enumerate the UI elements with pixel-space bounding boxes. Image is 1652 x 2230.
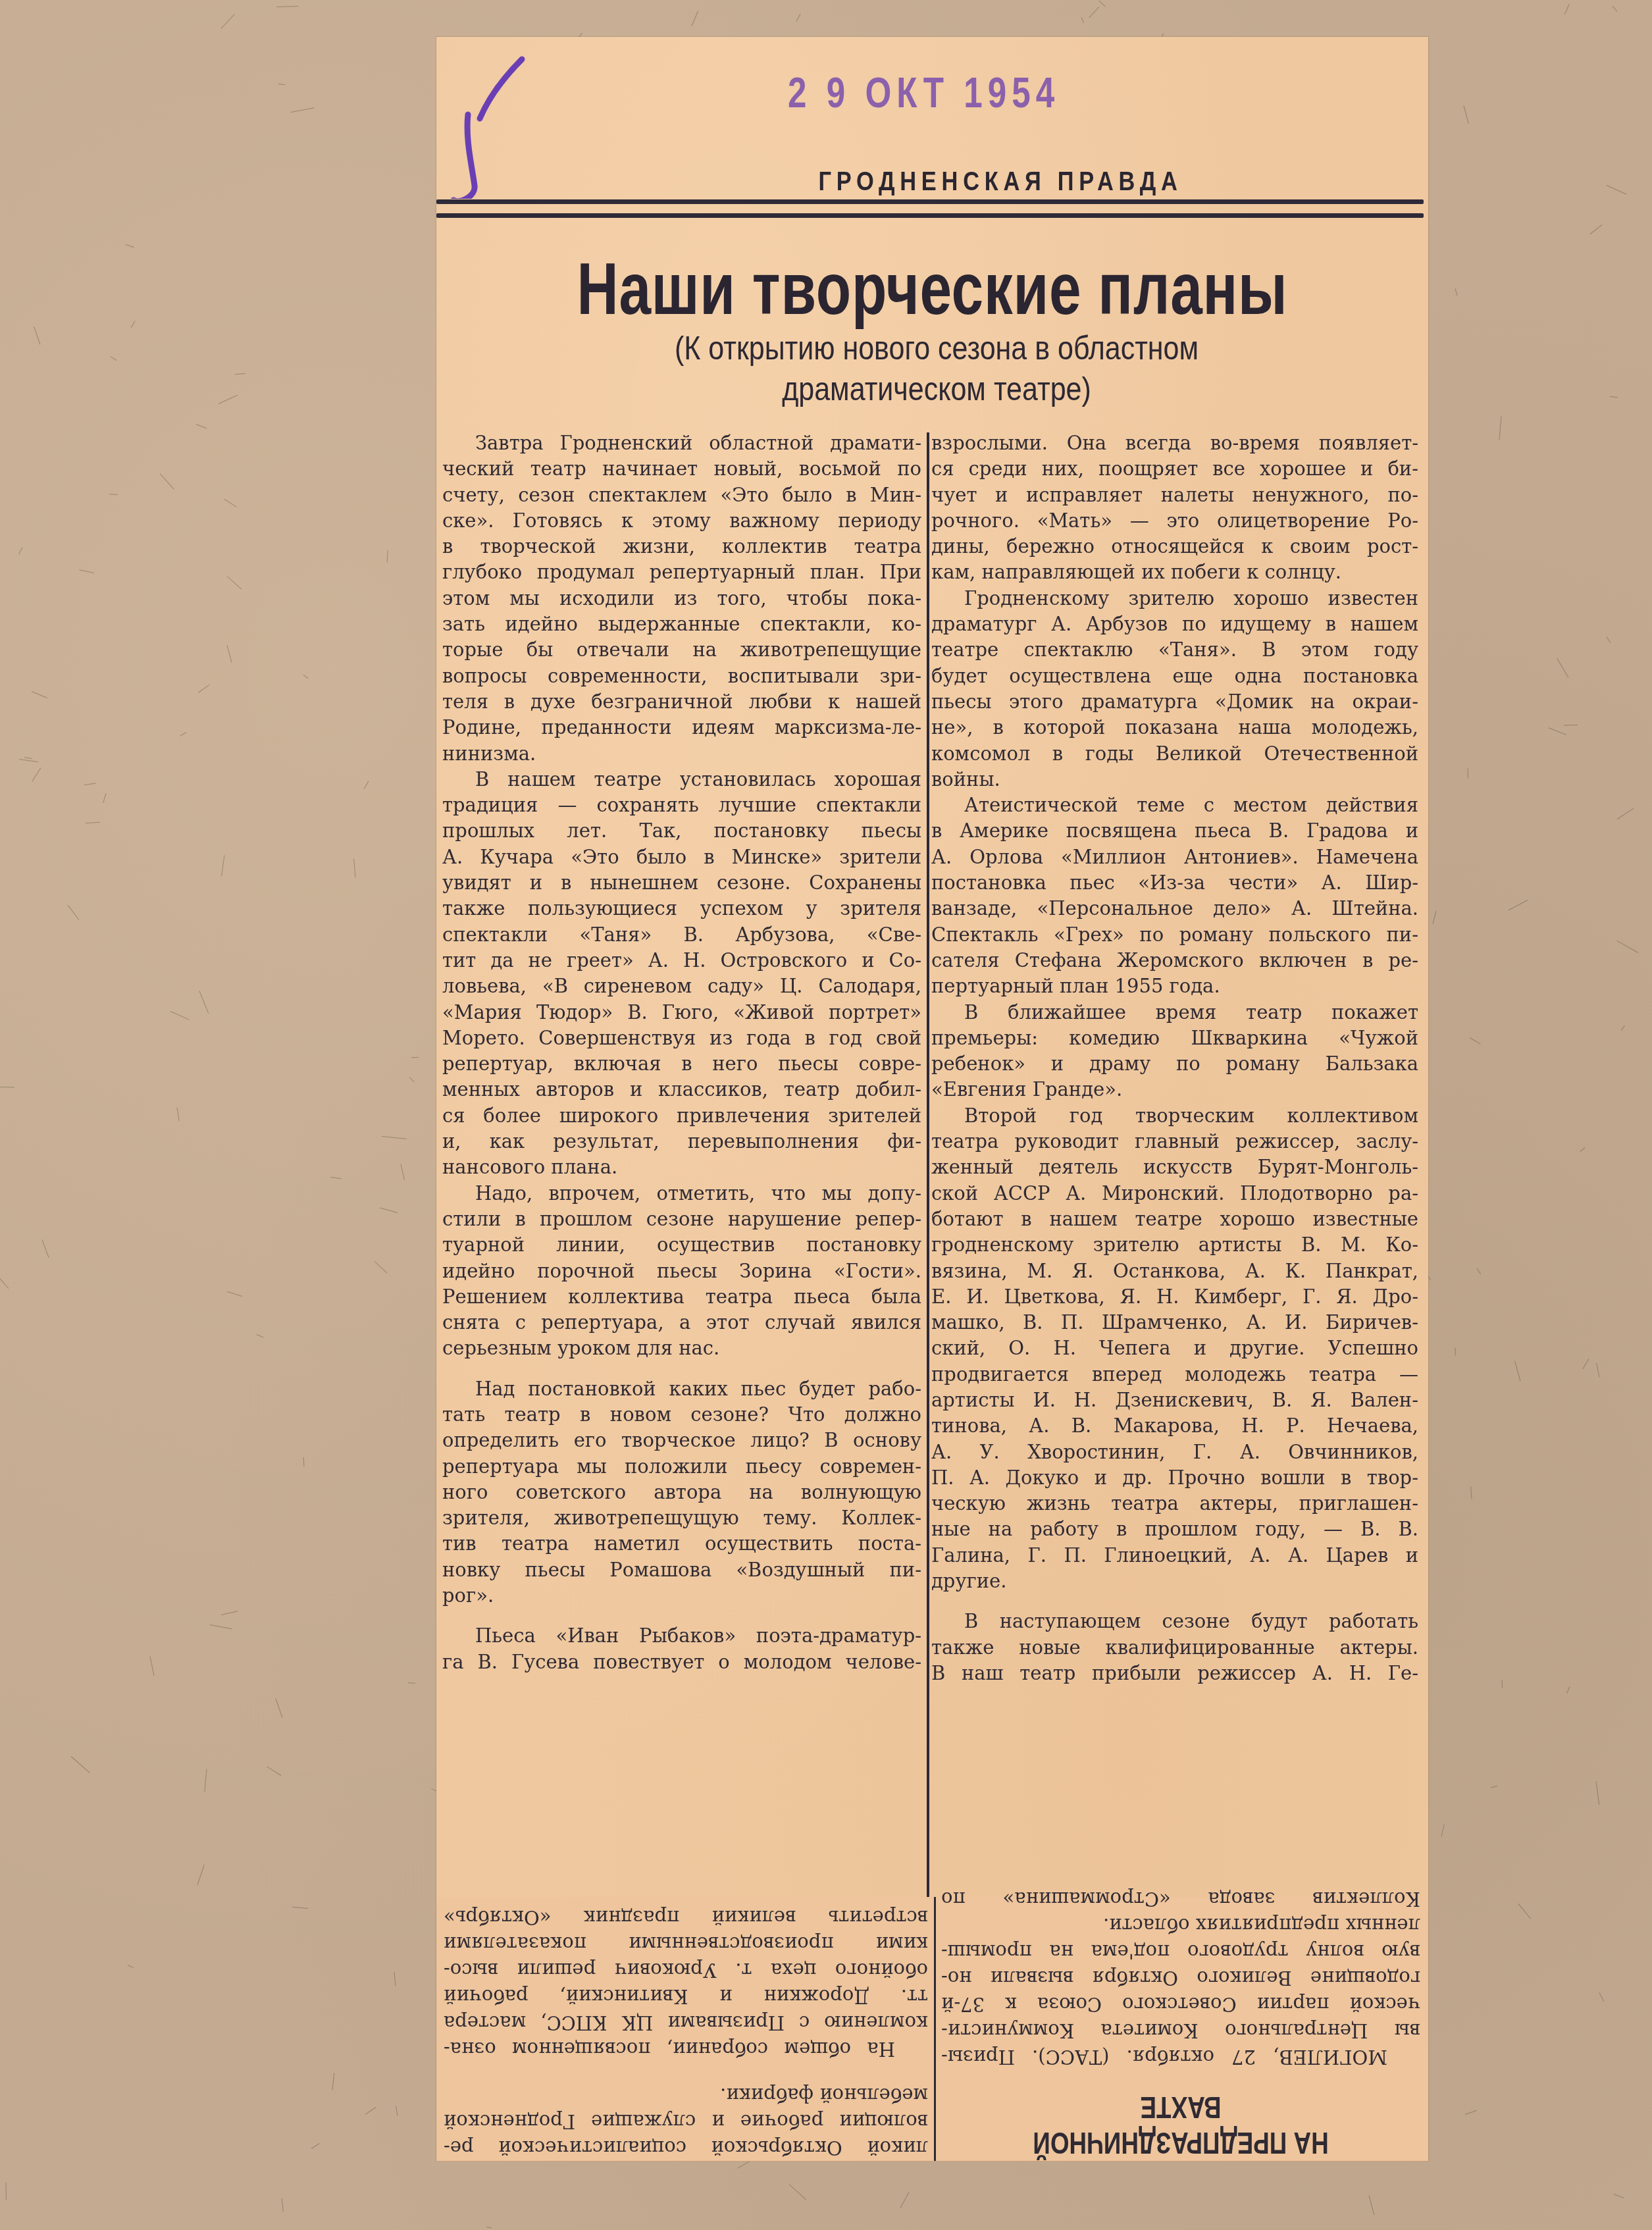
fiber: [221, 1611, 238, 1615]
fiber: [303, 1457, 304, 1466]
text-line: также пользующиеся успехом у зрителя: [442, 896, 921, 921]
fiber: [412, 1057, 419, 1058]
fiber: [291, 107, 315, 113]
text-line: туарной линии, осуществив постановку: [442, 1232, 921, 1258]
fiber: [1433, 912, 1437, 924]
text-line: репертуар, включая в него пьесы совре-: [442, 1051, 921, 1077]
fiber: [311, 2143, 319, 2149]
fiber: [374, 1261, 388, 1274]
text-line: торые бы отвечали на животрепещущие: [442, 637, 921, 663]
text-line: ся более широкого привлечения зрителей: [442, 1103, 921, 1129]
text-line: А. Кучара «Это было в Минске» зрители: [442, 844, 921, 870]
text-line: будет осуществлена еще одна постановка: [931, 663, 1418, 689]
text-line: постановка пьес «Из-за чести» А. Шир-: [931, 870, 1418, 896]
fiber: [224, 500, 237, 507]
fiber: [330, 1177, 342, 1179]
fiber: [103, 793, 106, 803]
text-line: волюции рабочие и служащие Гродненской: [444, 2108, 928, 2135]
fiber: [1549, 728, 1566, 736]
text-line: в творческой жизни, коллектив театра: [442, 534, 921, 559]
fiber: [1564, 5, 1570, 15]
text-line: тинова, А. В. Макарова, Н. Р. Нечаева,: [931, 1413, 1418, 1439]
text-line: НА ПРЕДПРАЗДНИЧНОЙ: [989, 2125, 1372, 2161]
text-line: ребенок» и драму по роману Бальзака: [931, 1051, 1418, 1077]
fiber: [79, 569, 94, 573]
fiber: [111, 356, 117, 361]
text-line: ской АССР А. Миронский. Плодотворно ра-: [931, 1181, 1418, 1206]
text-line: ванзаде, «Персональное дело» А. Штейна.: [931, 896, 1418, 921]
text-line: увидят и в нынешнем сезоне. Сохранены: [442, 870, 921, 896]
fiber: [303, 675, 308, 679]
fiber: [1582, 1359, 1589, 1369]
text-line: и, как результат, перевыполнения фи-: [442, 1129, 921, 1154]
text-line: кам, направляющей их побеги к солнцу.: [931, 559, 1418, 585]
fiber: [159, 473, 174, 490]
text-line: В ближайшее время театр покажет: [931, 1000, 1418, 1025]
fiber: [1470, 1486, 1472, 1499]
fiber: [1470, 1037, 1481, 1044]
text-line: вопросы современности, воспитывали зри-: [442, 663, 921, 689]
fiber: [1089, 7, 1099, 18]
fiber: [1455, 1347, 1456, 1355]
date-stamp: 2 9 ОКТ 1954: [788, 68, 1060, 117]
text-line: ческую жизнь театра актеры, приглашен-: [931, 1491, 1418, 1517]
fiber: [1514, 1361, 1520, 1382]
text-line: театра руководит главный режиссер, заслу…: [931, 1129, 1418, 1154]
text-line: В наступающем сезоне будут работать: [931, 1609, 1418, 1634]
fiber: [18, 547, 22, 554]
text-line: зрителя, животрепещущую тему. Коллек-: [442, 1505, 921, 1531]
text-line: этом мы исходили из того, чтобы пока-: [442, 586, 921, 611]
fiber: [353, 859, 355, 878]
fiber: [150, 1657, 155, 1676]
text-line: спектакли «Таня» В. Арбузова, «Све-: [442, 922, 921, 948]
text-line: комсомол в годы Великой Отечественной: [931, 741, 1418, 767]
text-line: встретить великий праздник «Октябрь»: [444, 1904, 928, 1931]
fiber: [1580, 1147, 1586, 1152]
text-line: нинизма.: [442, 741, 921, 767]
text-line: Спектакль «Грех» по роману польского пи-: [931, 922, 1418, 948]
subtitle-line: (К открытию нового сезона в областном: [586, 328, 1287, 369]
fiber: [1441, 1824, 1444, 1836]
text-line: тив театра наметил осуществить поста-: [442, 1531, 921, 1557]
text-line: га В. Гусева повествует о молодом челове…: [442, 1649, 921, 1675]
text-line: машко, В. П. Шрамченко, А. И. Биричев-: [931, 1310, 1418, 1335]
text-line: ский, О. Н. Чепега и другие. Успешно: [931, 1335, 1418, 1361]
text-line: На общем собрании, посвященном озна-: [444, 2036, 928, 2062]
text-line: теля в духе безграничной любви к нашей: [442, 689, 921, 715]
text-line: Гродненскому зрителю хорошо известен: [931, 586, 1418, 611]
text-line: также новые квалифицированные актеры.: [931, 1635, 1418, 1661]
fiber: [0, 1087, 14, 1088]
fiber: [126, 244, 134, 247]
fiber: [1617, 808, 1634, 819]
fiber: [127, 1965, 134, 1968]
fiber: [1566, 1686, 1570, 1693]
text-line: МОГИЛЕВ, 27 октября. (ТАСС). Призы-: [941, 2044, 1420, 2070]
fiber: [176, 1107, 179, 1120]
text-line: не», в которой показана наша молодежь,: [931, 715, 1418, 740]
fiber: [180, 732, 186, 737]
fiber: [1557, 658, 1568, 677]
text-line: Завтра Гродненский областной драмати-: [442, 430, 921, 456]
flipped-column-left: НА ПРЕДПРАЗДНИЧНОЙВАХТЕМОГИЛЕВ, 27 октяб…: [941, 1886, 1420, 2161]
fiber: [227, 1291, 242, 1297]
text-line: ботают в нашем театре хорошо известные: [931, 1206, 1418, 1232]
fiber: [1595, 1781, 1599, 1805]
fiber: [396, 2106, 398, 2116]
fiber: [1499, 417, 1502, 440]
article-subtitle: (К открытию нового сезона в областном др…: [586, 328, 1287, 409]
fiber: [1455, 288, 1457, 296]
text-line: ческий театр начинает новый, восьмой по: [442, 456, 921, 482]
text-line: Атеистической теме с местом действия: [931, 792, 1418, 818]
text-line: вы Центрального Комитета Коммунисти-: [941, 2017, 1420, 2044]
text-line: ческой партии Советского Союза к 37-й: [941, 1991, 1420, 2017]
fiber: [86, 822, 100, 823]
fiber: [1098, 0, 1106, 7]
fiber: [34, 326, 40, 345]
text-line: В нашем театре установилась хорошая: [442, 767, 921, 792]
fiber: [486, 2227, 492, 2228]
fiber: [276, 6, 298, 7]
fiber: [204, 1769, 207, 1792]
text-line: драматург А. Арбузов по идущему в нашем: [931, 611, 1418, 637]
text-line: Родине, преданности идеям марксизма-ле-: [442, 715, 921, 740]
fiber: [197, 1865, 204, 1885]
text-line: репертуара мы положили пьесу современ-: [442, 1454, 921, 1480]
fiber: [1518, 1904, 1532, 1919]
fiber: [6, 2182, 7, 2200]
text-line: обойного цеха т. Урюкович решили высо-: [444, 1957, 928, 1983]
fiber: [218, 395, 237, 404]
text-line: ные на работу в прошлом году, — В. В.: [931, 1517, 1418, 1542]
fiber: [293, 1907, 309, 1909]
text-line: театре спектаклю «Таня». В этом году: [931, 637, 1418, 663]
fiber: [234, 373, 245, 375]
fiber: [789, 2184, 807, 2200]
fiber: [32, 767, 41, 782]
text-line: Надо, впрочем, отметить, что мы допу-: [442, 1181, 921, 1206]
fiber: [380, 1207, 398, 1213]
text-line: идейно порочной пьесы Зорина «Гости».: [442, 1258, 921, 1284]
text-line: П. А. Докуко и др. Прочно вошли в твор-: [931, 1465, 1418, 1491]
fiber: [131, 321, 136, 328]
fiber: [221, 855, 224, 876]
fiber: [210, 1624, 232, 1629]
text-line: мебельной фабрики.: [444, 2082, 928, 2108]
subtitle-line: драматическом театре): [586, 369, 1287, 409]
fiber: [796, 13, 801, 21]
text-line: нансового плана.: [442, 1154, 921, 1180]
text-line: В наш театр прибыли режиссер А. Н. Ге-: [931, 1661, 1418, 1686]
fiber: [281, 2198, 283, 2212]
text-line: кими производственными показателями: [444, 1931, 928, 1957]
text-line: продвигается вперед молодежь театра —: [931, 1362, 1418, 1387]
text-line: дины, бережно относящейся к своим рост-: [931, 534, 1418, 559]
fiber: [226, 645, 232, 663]
text-line: чует и исправляет налеты ненужного, по-: [931, 482, 1418, 508]
fiber: [109, 494, 118, 496]
fiber: [24, 757, 32, 759]
text-line: глубоко продумал репертуарный план. При: [442, 559, 921, 585]
fiber: [364, 781, 369, 790]
text-line: рог».: [442, 1583, 921, 1609]
text-line: гродненскому зрителю артисты В. М. Ко-: [931, 1232, 1418, 1258]
text-line: рочного. «Мать» — это олицетворение Ро-: [931, 508, 1418, 534]
text-line: счету, сезон спектаклем «Это было в Мин-: [442, 482, 921, 508]
masthead-rule-top: [436, 199, 1424, 204]
fiber: [257, 1334, 264, 1337]
fiber: [1606, 637, 1611, 644]
fiber: [41, 1239, 49, 1258]
fiber: [409, 1077, 415, 1082]
text-line: ВАХТЕ: [989, 2090, 1372, 2125]
text-line: Е. И. Цветкова, Я. Н. Кимберг, Г. Я. Дро…: [931, 1284, 1418, 1310]
text-line: другие.: [931, 1569, 1418, 1594]
fiber: [0, 1272, 9, 1288]
fiber: [220, 14, 234, 29]
fiber: [1599, 1992, 1605, 2002]
fiber: [198, 685, 210, 693]
fiber: [1620, 1026, 1624, 1031]
fiber: [1477, 1268, 1481, 1274]
fiber: [1509, 900, 1528, 910]
text-line: ного советского автора на волнующую: [442, 1480, 921, 1505]
fiber: [195, 424, 207, 428]
newspaper-clipping: 2 9 ОКТ 1954 ГРОДНЕНСКАЯ ПРАВДА Наши тво…: [436, 37, 1428, 2161]
article-headline: Наши творческие планы: [546, 246, 1319, 331]
text-line: зать идейно выдержанные спектакли, ко-: [442, 611, 921, 637]
flipped-column-right: ликой Октябрьской социалистической ре-во…: [444, 1904, 928, 2161]
fiber: [170, 1011, 189, 1020]
fiber: [900, 2192, 910, 2208]
text-line: ске». Готовясь к этому важному периоду: [442, 508, 921, 534]
fiber: [387, 550, 388, 562]
text-line: взрослыми. Она всегда во-время появляет-: [931, 430, 1418, 456]
fiber: [1596, 1363, 1599, 1378]
pen-mark-icon: [448, 54, 540, 199]
fiber: [1564, 725, 1578, 726]
text-line: традиция — сохранять лучшие спектакли: [442, 792, 921, 818]
text-line: премьеры: комедию Шкваркина «Чужой: [931, 1025, 1418, 1051]
fiber: [67, 904, 79, 920]
text-line: А. Орлова «Миллион Антониев». Намечена: [931, 844, 1418, 870]
fiber: [1607, 185, 1626, 195]
text-line: Второй год творческим коллективом: [931, 1103, 1418, 1129]
fiber: [1610, 396, 1618, 398]
text-line: в Америке посвящена пьеса В. Градова и: [931, 818, 1418, 844]
fiber: [278, 84, 285, 85]
newspaper-masthead: ГРОДНЕНСКАЯ ПРАВДА: [785, 167, 1216, 197]
fiber: [1502, 1680, 1503, 1688]
text-line: тать театр в новом сезоне? Что должно: [442, 1402, 921, 1428]
fiber: [1491, 1786, 1497, 1788]
fiber: [1614, 2194, 1624, 2198]
fiber: [394, 1972, 396, 1986]
text-line: тт. Дорожкин и Квитинский, рабочий: [444, 1983, 928, 2010]
text-line: артисты И. Н. Дзенискевич, В. Я. Вален-: [931, 1387, 1418, 1413]
article-column-right: взрослыми. Она всегда во-время появляет-…: [931, 430, 1418, 1686]
text-line: Пьеса «Иван Рыбаков» поэта-драматур-: [442, 1623, 921, 1649]
text-line: Над постановкой каких пьес будет рабо-: [442, 1376, 921, 1402]
text-line: определить его творческое лицо? В основу: [442, 1428, 921, 1453]
text-line: «Евгения Гранде».: [931, 1077, 1418, 1102]
fiber: [1369, 2196, 1375, 2216]
upside-down-clipping-piece: НА ПРЕДПРАЗДНИЧНОЙВАХТЕМОГИЛЕВ, 27 октяб…: [436, 1897, 1428, 2162]
text-line: годовщине Великого Октября вызвали но-: [941, 1965, 1420, 1991]
article-column-left: Завтра Гродненский областной драмати-чес…: [442, 430, 921, 1675]
text-line: менных авторов и классиков, театр добил-: [442, 1077, 921, 1102]
text-line: пьесы этого драматурга «Домик на окраи-: [931, 689, 1418, 715]
text-line: прошлых лет. Так, постановку пьесы: [442, 818, 921, 844]
flipped-column-divider: [934, 1897, 936, 2161]
text-line: ликой Октябрьской социалистической ре-: [444, 2135, 928, 2161]
masthead-rule-bottom: [436, 213, 1424, 218]
fiber: [1465, 2110, 1478, 2114]
text-line: ленных предприятиях области.: [941, 1912, 1420, 1938]
text-line: ся среди них, поощряет все хорошее и би-: [931, 456, 1418, 482]
fiber: [227, 576, 242, 589]
text-line: Коллектив завода «Строммашина» по: [941, 1886, 1420, 1912]
fiber: [332, 2073, 334, 2090]
fiber: [1467, 769, 1468, 779]
fiber: [1081, 17, 1083, 22]
fiber: [401, 1164, 405, 1181]
fiber: [19, 759, 38, 762]
text-line: новку пьесы Ромашова «Воздушный пи-: [442, 1557, 921, 1583]
fiber: [1589, 225, 1601, 235]
fiber: [1613, 6, 1618, 12]
fiber: [1617, 941, 1638, 953]
text-line: тит да не греет» А. Н. Островского и Со-: [442, 948, 921, 973]
fiber: [365, 2107, 376, 2114]
text-line: А. У. Хворостинин, Г. А. Овчинников,: [931, 1439, 1418, 1465]
text-line: снята с репертуара, а этот случай явился: [442, 1310, 921, 1335]
fiber: [84, 783, 96, 785]
text-line: стили в прошлом сезоне нарушение репер-: [442, 1206, 921, 1232]
fiber: [32, 691, 48, 698]
text-line: Галина, Г. П. Глиноецкий, А. А. Царев и: [931, 1543, 1418, 1569]
text-line: пертуарный план 1955 года.: [931, 973, 1418, 999]
fiber: [71, 1756, 90, 1773]
text-line: женный деятель искусств Бурят-Монголь-: [931, 1154, 1418, 1180]
fiber: [691, 11, 698, 26]
text-line: Морето. Совершенствуя из года в год свой: [442, 1025, 921, 1051]
text-line: сателя Стефана Жеромского включен в ре-: [931, 948, 1418, 973]
fiber: [382, 1136, 407, 1139]
text-line: комлению с Призывами ЦК КПСС, мастера: [444, 2010, 928, 2036]
text-line: Решением коллектива театра пьеса была: [442, 1284, 921, 1310]
fiber: [267, 1766, 281, 1775]
text-line: вую волну трудового под'ема на промыш-: [941, 1938, 1420, 1965]
fiber: [275, 1698, 282, 1717]
text-line: вязина, М. Я. Останкова, А. К. Панкрат,: [931, 1258, 1418, 1284]
fiber: [1464, 105, 1469, 123]
fiber: [408, 1682, 415, 1684]
text-line: ловьева, «В сиреневом саду» Ц. Салодаря,: [442, 973, 921, 999]
fiber: [199, 991, 209, 1013]
text-line: «Мария Тюдор» В. Гюго, «Живой портрет»: [442, 1000, 921, 1025]
text-line: серьезным уроком для нас.: [442, 1335, 921, 1361]
text-line: войны.: [931, 767, 1418, 792]
